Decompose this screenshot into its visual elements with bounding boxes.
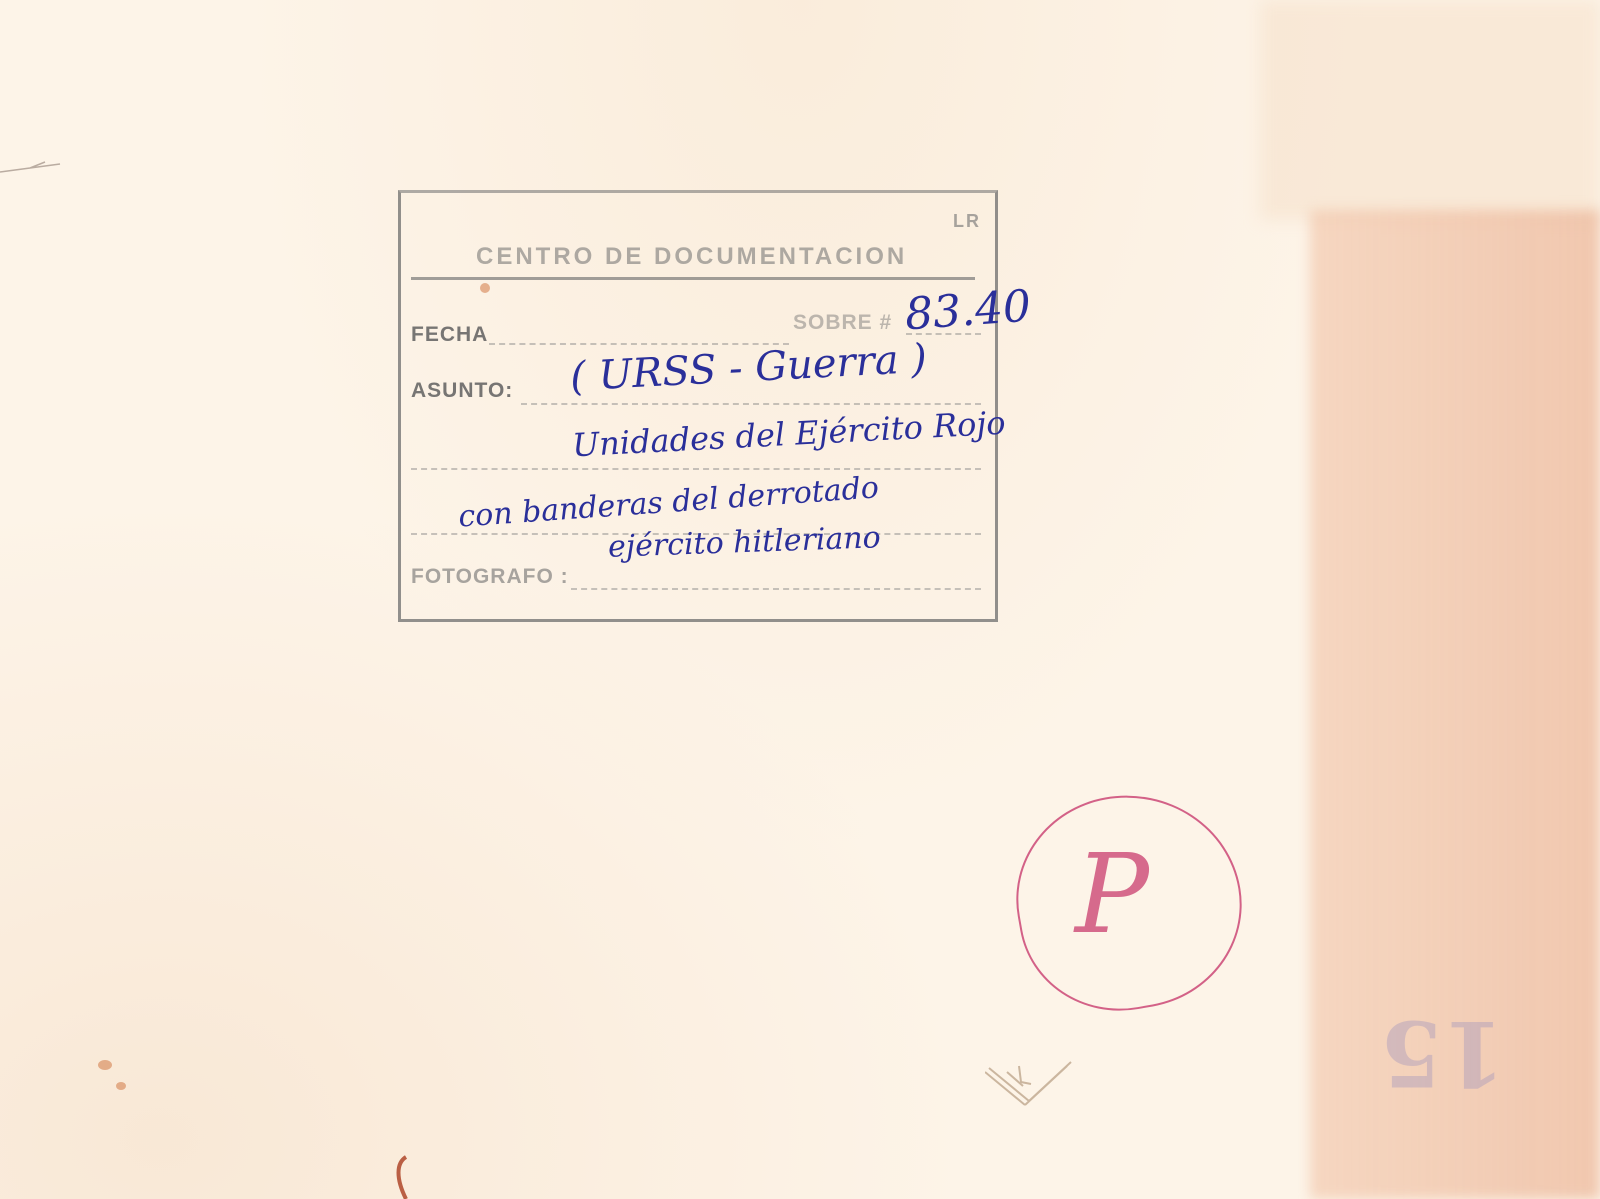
fotografo-line — [571, 588, 981, 590]
sobre-number-handwritten: 83.40 — [903, 281, 1032, 341]
asunto-label: ASUNTO: — [411, 379, 513, 403]
crease-mark-icon — [0, 160, 70, 174]
fotografo-label: FOTOGRAFO : — [411, 565, 569, 589]
red-pencil-letter: P — [1075, 830, 1149, 958]
asunto-line-1 — [521, 403, 981, 405]
rust-streak-icon — [392, 1155, 412, 1199]
stamp-corner-text: LR — [953, 211, 981, 232]
rust-spot — [116, 1082, 126, 1090]
discoloration-top — [1260, 0, 1600, 220]
stamp-divider — [411, 277, 975, 280]
fecha-label: FECHA — [411, 323, 488, 347]
reversed-page-number: 15 — [1380, 1000, 1505, 1106]
rust-spot — [98, 1060, 112, 1070]
pencil-check-mark-icon — [985, 1060, 1075, 1120]
sobre-label: SOBRE # — [793, 311, 892, 335]
asunto-line-2 — [411, 468, 981, 470]
stamp-title: CENTRO DE DOCUMENTACION — [476, 243, 907, 271]
rust-spot — [480, 283, 490, 293]
